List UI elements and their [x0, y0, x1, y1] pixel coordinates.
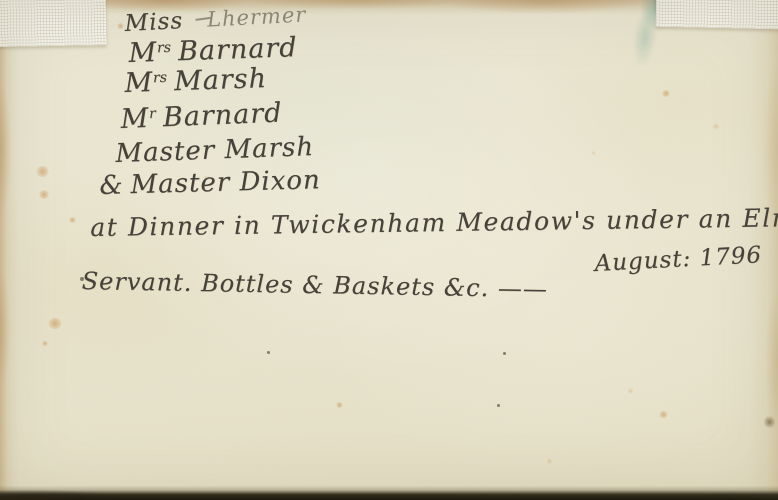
- name-text: Master Marsh: [115, 132, 315, 169]
- ink-speck: [267, 351, 270, 354]
- left-edge-discoloration: [0, 0, 20, 500]
- foxing-spot: [42, 341, 48, 346]
- foxing-spot: [712, 123, 720, 130]
- name-line-mrs-marsh: MrsMarsh: [124, 63, 267, 99]
- name-text: Barnard: [162, 98, 283, 134]
- date-line: August: 1796: [594, 242, 763, 277]
- foxing-spot: [591, 151, 596, 155]
- scanned-document-photo: MissLhermer MrsBarnard MrsMarsh MrBarnar…: [0, 0, 778, 500]
- name-line-master-dixon: &Master Dixon: [99, 165, 321, 201]
- foxing-spot: [36, 166, 49, 177]
- foxing-spot: [117, 23, 124, 29]
- bottom-edge-shadow: [0, 482, 778, 500]
- name-line-mr-barnard: MrBarnard: [120, 98, 283, 135]
- paper-verso: MissLhermer MrsBarnard MrsMarsh MrBarnar…: [0, 0, 778, 500]
- name-prefix: M: [120, 103, 150, 135]
- name-superscript: rs: [153, 70, 167, 86]
- foxing-spot: [627, 388, 634, 394]
- name-superscript: rs: [157, 40, 171, 56]
- name-superscript: r: [149, 106, 156, 122]
- foxing-spot: [546, 458, 553, 464]
- servant-note-line: Servant. Bottles & Baskets &c. ——: [82, 267, 549, 303]
- foxing-spot: [69, 217, 76, 223]
- caption-line: at Dinner in Twickenham Meadow's under a…: [90, 203, 778, 242]
- ink-speck: [503, 352, 506, 355]
- foxing-spot: [659, 411, 668, 418]
- foxing-spot: [662, 90, 670, 97]
- name-prefix: M: [124, 67, 154, 99]
- foxing-spot: [336, 402, 343, 408]
- foxing-spot: [39, 190, 49, 199]
- name-text: Master Dixon: [130, 165, 321, 200]
- name-pencil-text: Lhermer: [194, 2, 306, 32]
- name-ink-text: Miss: [124, 8, 184, 37]
- name-text: Marsh: [174, 63, 268, 97]
- name-line-mrs-barnard: MrsBarnard: [128, 32, 298, 69]
- ink-speck: [497, 404, 500, 407]
- foxing-spot: [48, 318, 62, 329]
- name-prefix: M: [128, 37, 158, 69]
- name-ampersand: &: [99, 170, 124, 201]
- name-text: Barnard: [178, 32, 299, 67]
- name-line-master-marsh: Master Marsh: [115, 132, 315, 169]
- tape-top-right: [656, 0, 778, 29]
- tape-top-left: [0, 0, 106, 47]
